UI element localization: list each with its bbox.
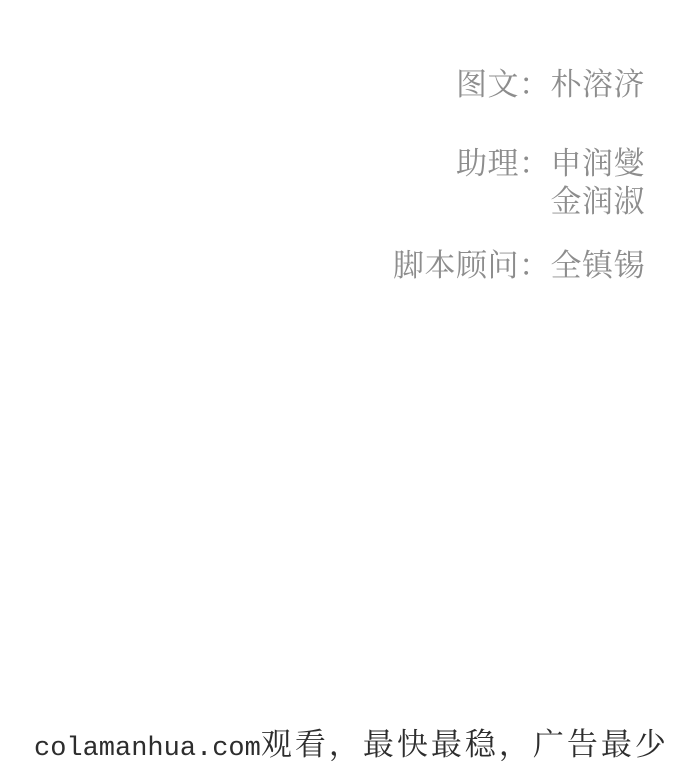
- credit-assistants: 助理：申润燮 金润淑: [393, 145, 645, 221]
- credit-script-consultant: 脚本顾问：全镇锡: [393, 247, 645, 285]
- credits-page: 图文：朴溶济 助理：申润燮 金润淑 脚本顾问：全镇锡 colamanhua.co…: [0, 0, 690, 782]
- credit-art-author: 图文：朴溶济: [393, 66, 645, 104]
- watermark-line: colamanhua.com观看，最快最稳，广告最少: [34, 726, 669, 768]
- watermark-site-url: colamanhua.com: [34, 734, 261, 764]
- credit-assistant-2: 金润淑: [393, 183, 645, 221]
- watermark-slogan: 观看，最快最稳，广告最少: [261, 727, 669, 762]
- credits-block: 图文：朴溶济 助理：申润燮 金润淑 脚本顾问：全镇锡: [393, 66, 645, 285]
- credit-assistant-1: 助理：申润燮: [393, 145, 645, 183]
